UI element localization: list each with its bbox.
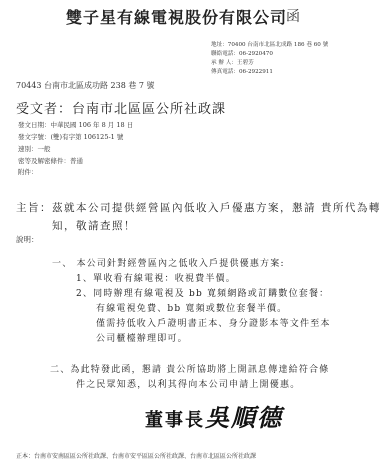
signature-name: 吳順德: [205, 403, 283, 432]
signature: 董事長吳順德: [145, 398, 283, 433]
signature-title: 董事長: [145, 410, 205, 431]
contact-phone: 聯絡電話：06-2920470: [211, 49, 273, 57]
subject-line-1: 主旨：茲就本公司提供經營區內低收入戶優惠方案，懇請 貴所代為轉: [16, 200, 381, 215]
item-2-line-2: 件之民眾知悉，以利其得向本公司申請上開優惠。: [76, 377, 300, 390]
item-1-sub-1: 1、單收看有線電視：收視費半價。: [76, 271, 236, 284]
item-1-sub-2-c: 公司櫃檯辦理即可。: [96, 331, 188, 344]
description-label: 說明：: [16, 234, 39, 245]
company-name: 雙子星有線電視股份有限公司: [66, 5, 287, 28]
delivery-speed: 速別：一般: [18, 144, 51, 153]
contact-fax: 傳真電話：06-2922911: [211, 67, 273, 75]
item-1-sub-2: 2、同時辦理有線電視及 bb 寬頻網路或訂購數位套餐：: [76, 286, 329, 299]
recipient: 受文者：台南市北區區公所社政課: [16, 98, 226, 117]
contact-person: 承 辦 人：王碧芳: [211, 58, 254, 66]
issue-number: 發文字號：(雙)有字第 106125-1 號: [18, 132, 123, 141]
item-1-head: 一、 本公司針對經營區內之低收入戶提供優惠方案:: [52, 256, 285, 269]
contact-address: 地址：70400 台南市北區北成路 186 巷 60 號: [211, 40, 328, 48]
carbon-copy: 正本：台南市安南區區公所社政課、台南市安平區區公所社政課、台南市北區區公所社政課: [16, 451, 256, 460]
item-1-sub-2-b: 僅需持低收入戶證明書正本、身分證影本等文件至本: [96, 316, 331, 329]
subject-line-2: 知，敬請查照！: [52, 218, 136, 233]
attachment: 附件：: [18, 167, 38, 176]
document-type: 函: [286, 6, 300, 26]
issue-date: 發文日期：中華民國 106 年 8 月 18 日: [18, 120, 133, 129]
item-2-line-1: 二、為此特發此函，懇請 貴公所協助將上開訊息傳達給符合條: [50, 362, 329, 375]
item-1-sub-2-a: 有線電視免費、bb 寬頻或數位套餐半價。: [96, 301, 287, 314]
security-level: 密等及解密條件：普通: [18, 156, 83, 165]
recipient-address: 70443 台南市北區成功路 238 巷 7 號: [16, 80, 155, 91]
